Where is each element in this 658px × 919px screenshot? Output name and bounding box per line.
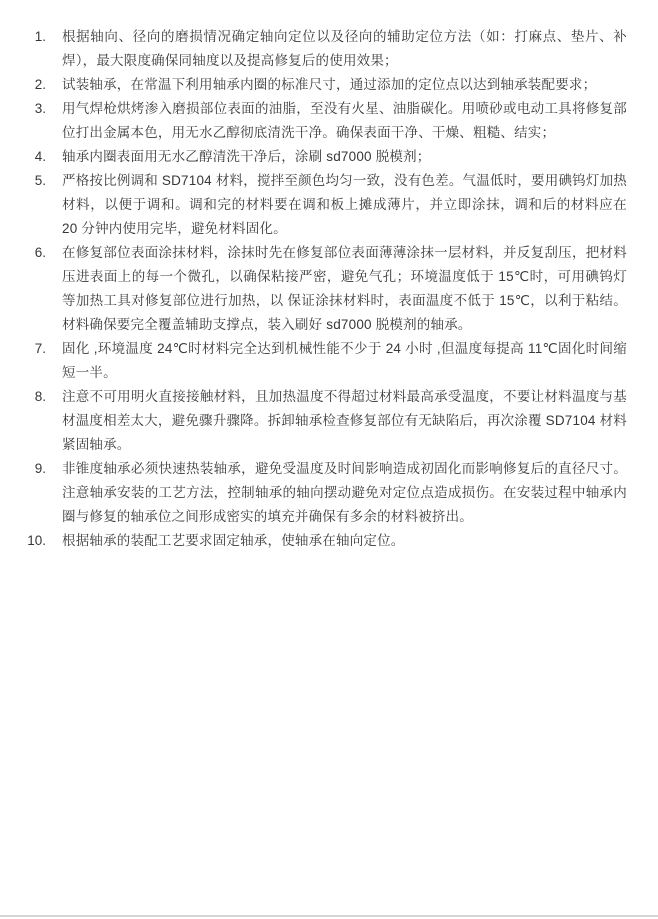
item-number: 7. [0, 337, 46, 361]
page-bottom-divider [0, 915, 658, 917]
item-number: 3. [0, 97, 46, 121]
item-number: 9. [0, 457, 46, 481]
list-item: 4. 轴承内圈表面用无水乙醇清洗干净后，涂刷 sd7000 脱模剂； [0, 145, 658, 169]
list-item: 2. 试装轴承，在常温下利用轴承内圈的标准尺寸，通过添加的定位点以达到轴承装配要… [0, 73, 658, 97]
item-number: 8. [0, 385, 46, 409]
item-number: 10. [0, 529, 46, 553]
document-page: 1. 根据轴向、径向的磨损情况确定轴向定位以及径向的辅助定位方法（如：打麻点、垫… [0, 25, 658, 553]
item-number: 6. [0, 241, 46, 265]
item-text: 固化 ,环境温度 24℃时材料完全达到机械性能不少于 24 小时 ,但温度每提高… [62, 337, 627, 385]
list-item: 3. 用气焊枪烘烤渗入磨损部位表面的油脂，至没有火星、油脂碳化。用喷砂或电动工具… [0, 97, 658, 145]
item-number: 1. [0, 25, 46, 49]
item-number: 5. [0, 169, 46, 193]
item-text: 非锥度轴承必须快速热装轴承，避免受温度及时间影响造成初固化而影响修复后的直径尺寸… [62, 457, 627, 529]
item-text: 用气焊枪烘烤渗入磨损部位表面的油脂，至没有火星、油脂碳化。用喷砂或电动工具将修复… [62, 97, 627, 145]
item-text: 在修复部位表面涂抹材料，涂抹时先在修复部位表面薄薄涂抹一层材料，并反复刮压，把材… [62, 241, 627, 337]
list-item: 10. 根据轴承的装配工艺要求固定轴承，使轴承在轴向定位。 [0, 529, 658, 553]
list-item: 5. 严格按比例调和 SD7104 材料，搅拌至颜色均匀一致，没有色差。气温低时… [0, 169, 658, 241]
numbered-list: 1. 根据轴向、径向的磨损情况确定轴向定位以及径向的辅助定位方法（如：打麻点、垫… [0, 25, 658, 553]
item-text: 注意不可用明火直接接触材料，且加热温度不得超过材料最高承受温度，不要让材料温度与… [62, 385, 627, 457]
item-text: 严格按比例调和 SD7104 材料，搅拌至颜色均匀一致，没有色差。气温低时，要用… [62, 169, 627, 241]
list-item: 1. 根据轴向、径向的磨损情况确定轴向定位以及径向的辅助定位方法（如：打麻点、垫… [0, 25, 658, 73]
item-text: 根据轴向、径向的磨损情况确定轴向定位以及径向的辅助定位方法（如：打麻点、垫片、补… [62, 25, 627, 73]
item-number: 2. [0, 73, 46, 97]
item-text: 试装轴承，在常温下利用轴承内圈的标准尺寸，通过添加的定位点以达到轴承装配要求； [62, 73, 627, 97]
list-item: 9. 非锥度轴承必须快速热装轴承，避免受温度及时间影响造成初固化而影响修复后的直… [0, 457, 658, 529]
list-item: 7. 固化 ,环境温度 24℃时材料完全达到机械性能不少于 24 小时 ,但温度… [0, 337, 658, 385]
item-text: 轴承内圈表面用无水乙醇清洗干净后，涂刷 sd7000 脱模剂； [62, 145, 627, 169]
list-item: 6. 在修复部位表面涂抹材料，涂抹时先在修复部位表面薄薄涂抹一层材料，并反复刮压… [0, 241, 658, 337]
list-item: 8. 注意不可用明火直接接触材料，且加热温度不得超过材料最高承受温度，不要让材料… [0, 385, 658, 457]
item-text: 根据轴承的装配工艺要求固定轴承，使轴承在轴向定位。 [62, 529, 627, 553]
item-number: 4. [0, 145, 46, 169]
